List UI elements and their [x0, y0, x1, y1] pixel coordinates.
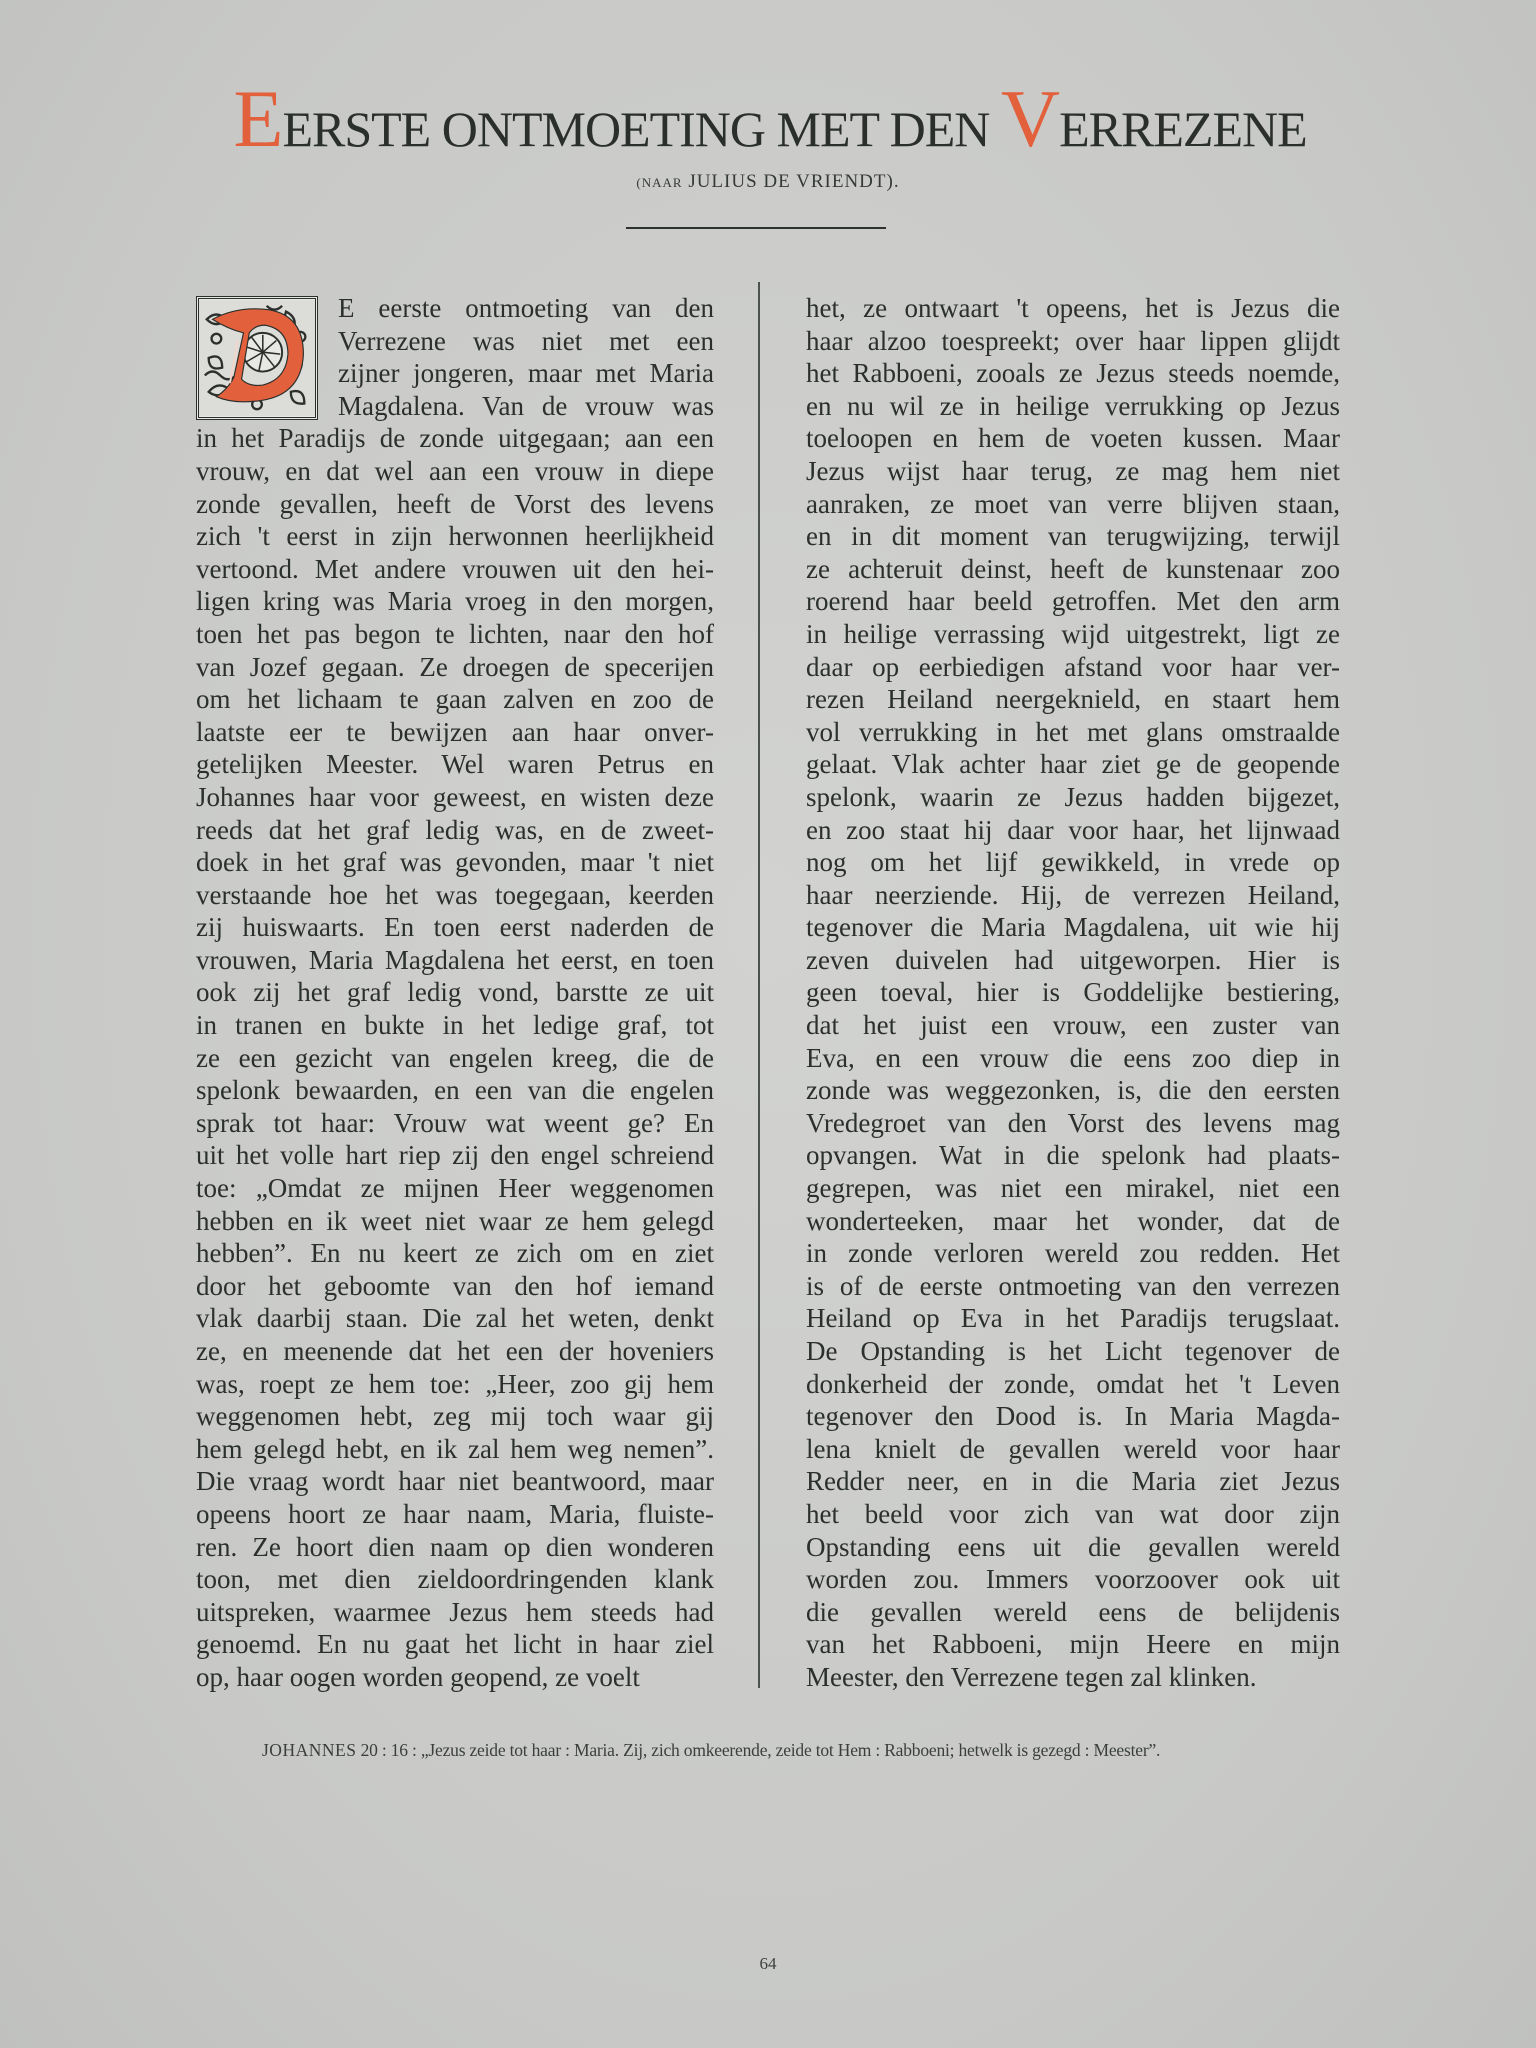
text-line: was, roept ze hem toe: „Heer, zoo gij he…	[196, 1368, 714, 1401]
text-line: weggenomen hebt, zeg mij toch waar gij	[196, 1400, 714, 1433]
text-line: E eerste ontmoeting van den	[196, 292, 714, 325]
text-line: zijner jongeren, maar met Maria	[196, 357, 714, 390]
text-line: Johannes haar voor geweest, en wisten de…	[196, 781, 714, 814]
page-title: EERSTE ONTMOETING MET DEN VERREZENE	[190, 78, 1350, 160]
text-line: in heilige verrassing wijd uitgestrekt, …	[806, 618, 1340, 651]
text-line: en zoo staat hij daar voor haar, het lij…	[806, 814, 1340, 847]
text-line: ligen kring was Maria vroeg in den morge…	[196, 585, 714, 618]
text-line: toeloopen en hem de voeten kussen. Maar	[806, 422, 1340, 455]
text-line: opeens hoort ze haar naam, Maria, fluist…	[196, 1498, 714, 1531]
text-line: Verrezene was niet met een	[196, 325, 714, 358]
text-line: haar alzoo toespreekt; over haar lippen …	[806, 325, 1340, 358]
text-line: in tranen en bukte in het ledige graf, t…	[196, 1009, 714, 1042]
text-line: aanraken, ze moet van verre blijven staa…	[806, 488, 1340, 521]
text-line: ze, en meenende dat het een der hovenier…	[196, 1335, 714, 1368]
right-text-column: het, ze ontwaart 't opeens, het is Jezus…	[806, 292, 1340, 1694]
text-line: door het geboomte van den hof iemand	[196, 1270, 714, 1303]
subtitle-author: JULIUS DE VRIENDT).	[683, 171, 900, 192]
text-line: vrouwen, Maria Magdalena het eerst, en t…	[196, 944, 714, 977]
text-line: om het lichaam te gaan zalven en zoo de	[196, 683, 714, 716]
text-line: doek in het graf was gevonden, maar 't n…	[196, 846, 714, 879]
text-line: in het Paradijs de zonde uitgegaan; aan …	[196, 422, 714, 455]
text-line: is of de eerste ontmoeting van den verre…	[806, 1270, 1340, 1303]
text-line: opvangen. Wat in die spelonk had plaats-	[806, 1139, 1340, 1172]
subtitle-attribution: (NAAR JULIUS DE VRIENDT).	[0, 171, 1536, 193]
text-line: rezen Heiland neergeknield, en staart he…	[806, 683, 1340, 716]
text-line: en in dit moment van terugwijzing, terwi…	[806, 520, 1340, 553]
text-line: in zonde verloren wereld zou redden. Het	[806, 1237, 1340, 1270]
caption-book: JOHANNES	[262, 1740, 356, 1760]
text-line: die gevallen wereld eens de belijdenis	[806, 1596, 1340, 1629]
text-line: het beeld voor zich van wat door zijn	[806, 1498, 1340, 1531]
text-line: uit het volle hart riep zij den engel sc…	[196, 1139, 714, 1172]
text-line: op, haar oogen worden geopend, ze voelt	[196, 1661, 714, 1694]
text-line: Redder neer, en in die Maria ziet Jezus	[806, 1465, 1340, 1498]
text-line: nog om het lijf gewikkeld, in vrede op	[806, 846, 1340, 879]
text-line: haar neerziende. Hij, de verrezen Heilan…	[806, 879, 1340, 912]
text-line: zich 't eerst in zijn herwonnen heerlijk…	[196, 520, 714, 553]
text-line: laatste eer te bewijzen aan haar onver-	[196, 716, 714, 749]
text-line: vrouw, en dat wel aan een vrouw in diepe	[196, 455, 714, 488]
text-line: lena knielt de gevallen wereld voor haar	[806, 1433, 1340, 1466]
text-line: Magdalena. Van de vrouw was	[196, 390, 714, 423]
text-line: genoemd. En nu gaat het licht in haar zi…	[196, 1628, 714, 1661]
text-line: van Jozef gegaan. Ze droegen de specerij…	[196, 651, 714, 684]
text-line: ze een gezicht van engelen kreeg, die de	[196, 1042, 714, 1075]
text-line: De Opstanding is het Licht tegenover de	[806, 1335, 1340, 1368]
text-line: zij huiswaarts. En toen eerst naderden d…	[196, 911, 714, 944]
text-line: dat het juist een vrouw, een zuster van	[806, 1009, 1340, 1042]
text-line: spelonk, waarin ze Jezus hadden bijgezet…	[806, 781, 1340, 814]
text-line: sprak tot haar: Vrouw wat weent ge? En	[196, 1107, 714, 1140]
text-line: gelaat. Vlak achter haar ziet ge de geop…	[806, 748, 1340, 781]
text-line: het, ze ontwaart 't opeens, het is Jezus…	[806, 292, 1340, 325]
text-line: getelijken Meester. Wel waren Petrus en	[196, 748, 714, 781]
text-line: tegenover den Dood is. In Maria Magda-	[806, 1400, 1340, 1433]
text-line: het Rabboeni, zooals ze Jezus steeds noe…	[806, 357, 1340, 390]
text-line: vlak daarbij staan. Die zal het weten, d…	[196, 1302, 714, 1335]
text-line: van het Rabboeni, mijn Heere en mijn	[806, 1628, 1340, 1661]
page-number: 64	[0, 1954, 1536, 1974]
text-line: ook zij het graf ledig vond, barstte ze …	[196, 976, 714, 1009]
text-line: verstaande hoe het was toegegaan, keerde…	[196, 879, 714, 912]
title-divider	[626, 227, 886, 229]
text-line: ren. Ze hoort dien naam op dien wonderen	[196, 1531, 714, 1564]
text-line: en nu wil ze in heilige verrukking op Je…	[806, 390, 1340, 423]
text-line: roerend haar beeld getroffen. Met den ar…	[806, 585, 1340, 618]
text-line: uitspreken, waarmee Jezus hem steeds had	[196, 1596, 714, 1629]
text-line: Die vraag wordt haar niet beantwoord, ma…	[196, 1465, 714, 1498]
title-text-2: ERREZENE	[1059, 101, 1307, 157]
text-line: donkerheid der zonde, omdat het 't Leven	[806, 1368, 1340, 1401]
column-divider	[758, 282, 760, 1688]
title-initial-e: E	[233, 73, 282, 164]
text-line: geen toeval, hier is Goddelijke bestieri…	[806, 976, 1340, 1009]
title-text-1: ERSTE ONTMOETING MET DEN	[282, 101, 1000, 157]
text-line: toe: „Omdat ze mijnen Heer weggenomen	[196, 1172, 714, 1205]
text-line: Heiland op Eva in het Paradijs terugslaa…	[806, 1302, 1340, 1335]
book-page: EERSTE ONTMOETING MET DEN VERREZENE (NAA…	[0, 0, 1536, 2048]
title-initial-v: V	[1001, 73, 1059, 164]
text-line: vertoond. Met andere vrouwen uit den hei…	[196, 553, 714, 586]
text-line: gegrepen, was niet een mirakel, niet een	[806, 1172, 1340, 1205]
text-line: ze achteruit deinst, heeft de kunstenaar…	[806, 553, 1340, 586]
caption-reference: 20 : 16 :	[356, 1740, 420, 1760]
text-line: tegenover die Maria Magdalena, uit wie h…	[806, 911, 1340, 944]
subtitle-prefix: (NAAR	[636, 175, 682, 190]
text-line: hem gelegd hebt, en ik zal hem weg nemen…	[196, 1433, 714, 1466]
text-line: Meester, den Verrezene tegen zal klinken…	[806, 1661, 1340, 1694]
text-line: zonde gevallen, heeft de Vorst des leven…	[196, 488, 714, 521]
text-line: Jezus wijst haar terug, ze mag hem niet	[806, 455, 1340, 488]
text-line: worden zou. Immers voorzoover ook uit	[806, 1563, 1340, 1596]
text-line: wonderteeken, maar het wonder, dat de	[806, 1205, 1340, 1238]
text-line: daar op eerbiedigen afstand voor haar ve…	[806, 651, 1340, 684]
text-line: reeds dat het graf ledig was, en de zwee…	[196, 814, 714, 847]
scripture-caption: JOHANNES 20 : 16 : „Jezus zeide tot haar…	[262, 1740, 1362, 1761]
text-line: toen het pas begon te lichten, naar den …	[196, 618, 714, 651]
text-line: Opstanding eens uit die gevallen wereld	[806, 1531, 1340, 1564]
left-text-column: E eerste ontmoeting van den Verrezene wa…	[196, 292, 714, 1694]
text-line: hebben en ik weet niet waar ze hem geleg…	[196, 1205, 714, 1238]
text-line: zeven duivelen had uitgeworpen. Hier is	[806, 944, 1340, 977]
text-line: hebben”. En nu keert ze zich om en ziet	[196, 1237, 714, 1270]
text-line: spelonk bewaarden, en een van die engele…	[196, 1074, 714, 1107]
text-line: zonde was weggezonken, is, die den eerst…	[806, 1074, 1340, 1107]
text-line: Eva, en een vrouw die eens zoo diep in	[806, 1042, 1340, 1075]
text-line: toon, met dien zieldoordringenden klank	[196, 1563, 714, 1596]
text-line: vol verrukking in het met glans omstraal…	[806, 716, 1340, 749]
text-line: Vredegroet van den Vorst des levens mag	[806, 1107, 1340, 1140]
caption-quote: „Jezus zeide tot haar : Maria. Zij, zich…	[421, 1740, 1160, 1760]
